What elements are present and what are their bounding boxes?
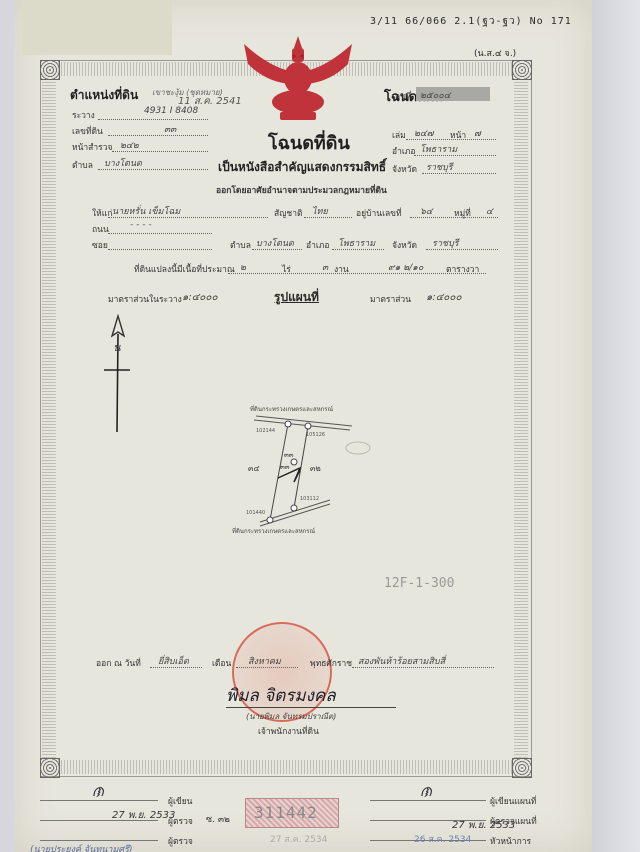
- fill-line: [108, 233, 212, 234]
- sheet-label: ระวาง: [72, 108, 95, 122]
- land-officer-signature: พิมล จิตรมงคล: [226, 682, 336, 709]
- fill-line: [98, 169, 208, 170]
- writer-signature: ᜈ: [92, 782, 104, 801]
- checker-date: 27 พ.ย. 2533: [112, 808, 175, 823]
- fill-line: [426, 249, 498, 250]
- map-parcel-no: ๓๓: [280, 462, 290, 473]
- fill-line: [108, 135, 208, 136]
- tambon-label-owner: ตำบล: [230, 238, 251, 252]
- deed-no-value: ๒๕๐๐๔: [420, 88, 451, 102]
- top-handwritten-note: 3/11 66/066 2.1(ฐว-ฐว) No 171: [370, 14, 572, 29]
- scale-left-label: มาตราส่วนในระวาง: [108, 292, 182, 306]
- left-security-border: [42, 80, 56, 758]
- issue-month: สิงหาคม: [248, 654, 281, 668]
- fill-line: [414, 155, 496, 156]
- corner-ornament-icon: [512, 60, 532, 80]
- province-value: ราชบุรี: [426, 160, 453, 174]
- area-label: ที่ดินแปลงนี้มีเนื้อที่ประมาณ: [134, 262, 235, 276]
- signer-title: เจ้าพนักงานที่ดิน: [258, 724, 319, 738]
- soi-label: ซอย: [92, 238, 108, 252]
- scale-right-value: ๑:๔๐๐๐: [426, 290, 462, 305]
- blue-date-stamp: 26 ส.ค. 2534: [414, 832, 471, 846]
- moo-value: ๔: [486, 204, 493, 218]
- map-marker: 102144: [256, 428, 275, 434]
- fill-line: [352, 667, 494, 668]
- page-value: ๗: [474, 126, 481, 140]
- fill-line: [304, 217, 352, 218]
- map-writer-label: ผู้เขียนแผนที่: [490, 794, 536, 808]
- issue-year: สองพันห้าร้อยสามสิบสี่: [358, 654, 445, 668]
- fill-line: [108, 217, 268, 218]
- signature-line: [226, 707, 396, 708]
- issue-day: ยี่สิบเอ็ด: [158, 654, 189, 668]
- fill-line: [236, 667, 298, 668]
- map-left-neighbor: ๓๔: [248, 462, 260, 475]
- map-marker: 103112: [300, 496, 319, 502]
- house-no-value: ๖๔: [420, 204, 433, 218]
- amphoe-label: อำเภอ: [392, 144, 416, 158]
- province-label: จังหวัด: [392, 162, 417, 176]
- parcel-no-value: ๓๓: [164, 122, 176, 136]
- corner-ornament-icon: [512, 758, 532, 778]
- north-arrow-icon: [100, 314, 140, 434]
- writer-label: ผู้เขียน: [168, 794, 193, 808]
- fill-line: [98, 119, 208, 120]
- map-heading: รูปแผนที่: [274, 288, 319, 307]
- parcel-no-label: เลขที่ดิน: [72, 124, 103, 138]
- signer-name: (นายพิมล จันทรมปราณีต): [246, 710, 336, 723]
- checker-label: ผู้ตรวจ: [168, 814, 193, 828]
- scale-right-label: มาตราส่วน: [370, 292, 411, 306]
- house-no-label: อยู่บ้านเลขที่: [356, 206, 402, 220]
- province-value-owner: ราชบุรี: [432, 236, 459, 250]
- fill-line: [332, 249, 384, 250]
- issue-month-label: เดือน: [212, 656, 231, 670]
- form-series-code: ซ. ๓๒: [206, 812, 230, 826]
- issued-by-law: ออกโดยอาศัยอำนาจตามประมวลกฎหมายที่ดิน: [216, 183, 387, 197]
- fill-line: [108, 249, 212, 250]
- province-label-owner: จังหวัด: [392, 238, 417, 252]
- fill-line: [422, 173, 496, 174]
- sheet-value: 4931 I 8408: [144, 106, 198, 116]
- garuda-emblem-icon: [236, 34, 360, 126]
- corner-ornament-icon: [40, 60, 60, 80]
- map-top-boundary: ที่ดินกระทรวงเกษตรและสหกรณ์: [250, 404, 333, 414]
- pencil-annotation: 12F-1-300: [384, 576, 454, 591]
- survey-page-label: หน้าสำรวจ: [72, 140, 112, 154]
- map-marker: 101440: [246, 510, 265, 516]
- background: [588, 0, 640, 852]
- issue-date-label: ออก ณ วันที่: [96, 656, 141, 670]
- fill-line: [112, 151, 208, 152]
- amphoe-value: โพธาราม: [420, 142, 457, 156]
- survey-page-value: ๒๔๒: [120, 138, 139, 152]
- deed-subtitle: เป็นหนังสือสำคัญแสดงกรรมสิทธิ์: [218, 158, 386, 177]
- nationality-label: สัญชาติ: [274, 206, 303, 220]
- ngan-label: งาน: [334, 262, 349, 276]
- fill-line: [406, 139, 496, 140]
- road-value: - - - -: [130, 220, 152, 230]
- map-writer-signature: ᜈ: [420, 782, 432, 801]
- corner-ornament-icon: [40, 758, 60, 778]
- amphoe-value-owner: โพธาราม: [338, 236, 375, 250]
- rai-label: ไร่: [282, 262, 291, 276]
- fill-line: [252, 249, 302, 250]
- tambon-value-owner: บางโตนด: [256, 236, 294, 250]
- tambon-value: บางโตนด: [104, 156, 142, 170]
- area-rai: ๒: [240, 260, 246, 274]
- paper-tab: [22, 0, 172, 55]
- serial-number: 311442: [254, 803, 318, 822]
- map-checker-label: ผู้ตรวจแผนที่: [490, 814, 537, 828]
- area-ngan: ๓: [322, 260, 328, 274]
- footer-left-name: (นายประยงค์ จันทนามศรี): [30, 842, 132, 852]
- volume-label: เล่ม: [392, 128, 406, 142]
- map-parcel-top: ๓๓: [284, 450, 294, 461]
- map-right-neighbor: ๓๒: [310, 462, 321, 475]
- location-heading: ตำแหน่งที่ดิน: [70, 86, 138, 105]
- area-sq-wa: ๙๑ ๒/๑๐: [388, 260, 423, 274]
- north-label: น: [113, 338, 121, 356]
- amphoe-label-owner: อำเภอ: [306, 238, 330, 252]
- volume-value: ๒๔๗: [414, 126, 434, 140]
- deed-no-label: เลขที่: [392, 89, 412, 103]
- road-label: ถนน: [92, 222, 109, 236]
- owner-name: นายหรั่น เข็มโฉม: [112, 204, 180, 218]
- footer-line: [40, 840, 158, 841]
- form-code: (น.ส.๔ จ.): [474, 46, 516, 60]
- map-bottom-boundary: ที่ดินกระทรวงเกษตรและสหกรณ์: [232, 526, 315, 536]
- nationality-value: ไทย: [312, 204, 328, 218]
- fill-line: [410, 217, 498, 218]
- scale-left-value: ๑:๔๐๐๐: [182, 290, 218, 305]
- deed-title: โฉนดที่ดิน: [268, 128, 350, 157]
- map-marker: 105126: [306, 432, 325, 438]
- chief-label: หัวหน้าการ: [490, 834, 531, 848]
- tambon-label: ตำบล: [72, 158, 93, 172]
- right-security-border: [514, 80, 528, 758]
- sq-wa-label: ตารางวา: [446, 262, 479, 276]
- inspector-label: ผู้ตรวจ: [168, 834, 193, 848]
- fill-line: [150, 667, 202, 668]
- issue-year-label: พุทธศักราช: [310, 656, 352, 670]
- bottom-security-border: [58, 760, 513, 774]
- date-stamp: 27 ส.ค. 2534: [270, 832, 327, 846]
